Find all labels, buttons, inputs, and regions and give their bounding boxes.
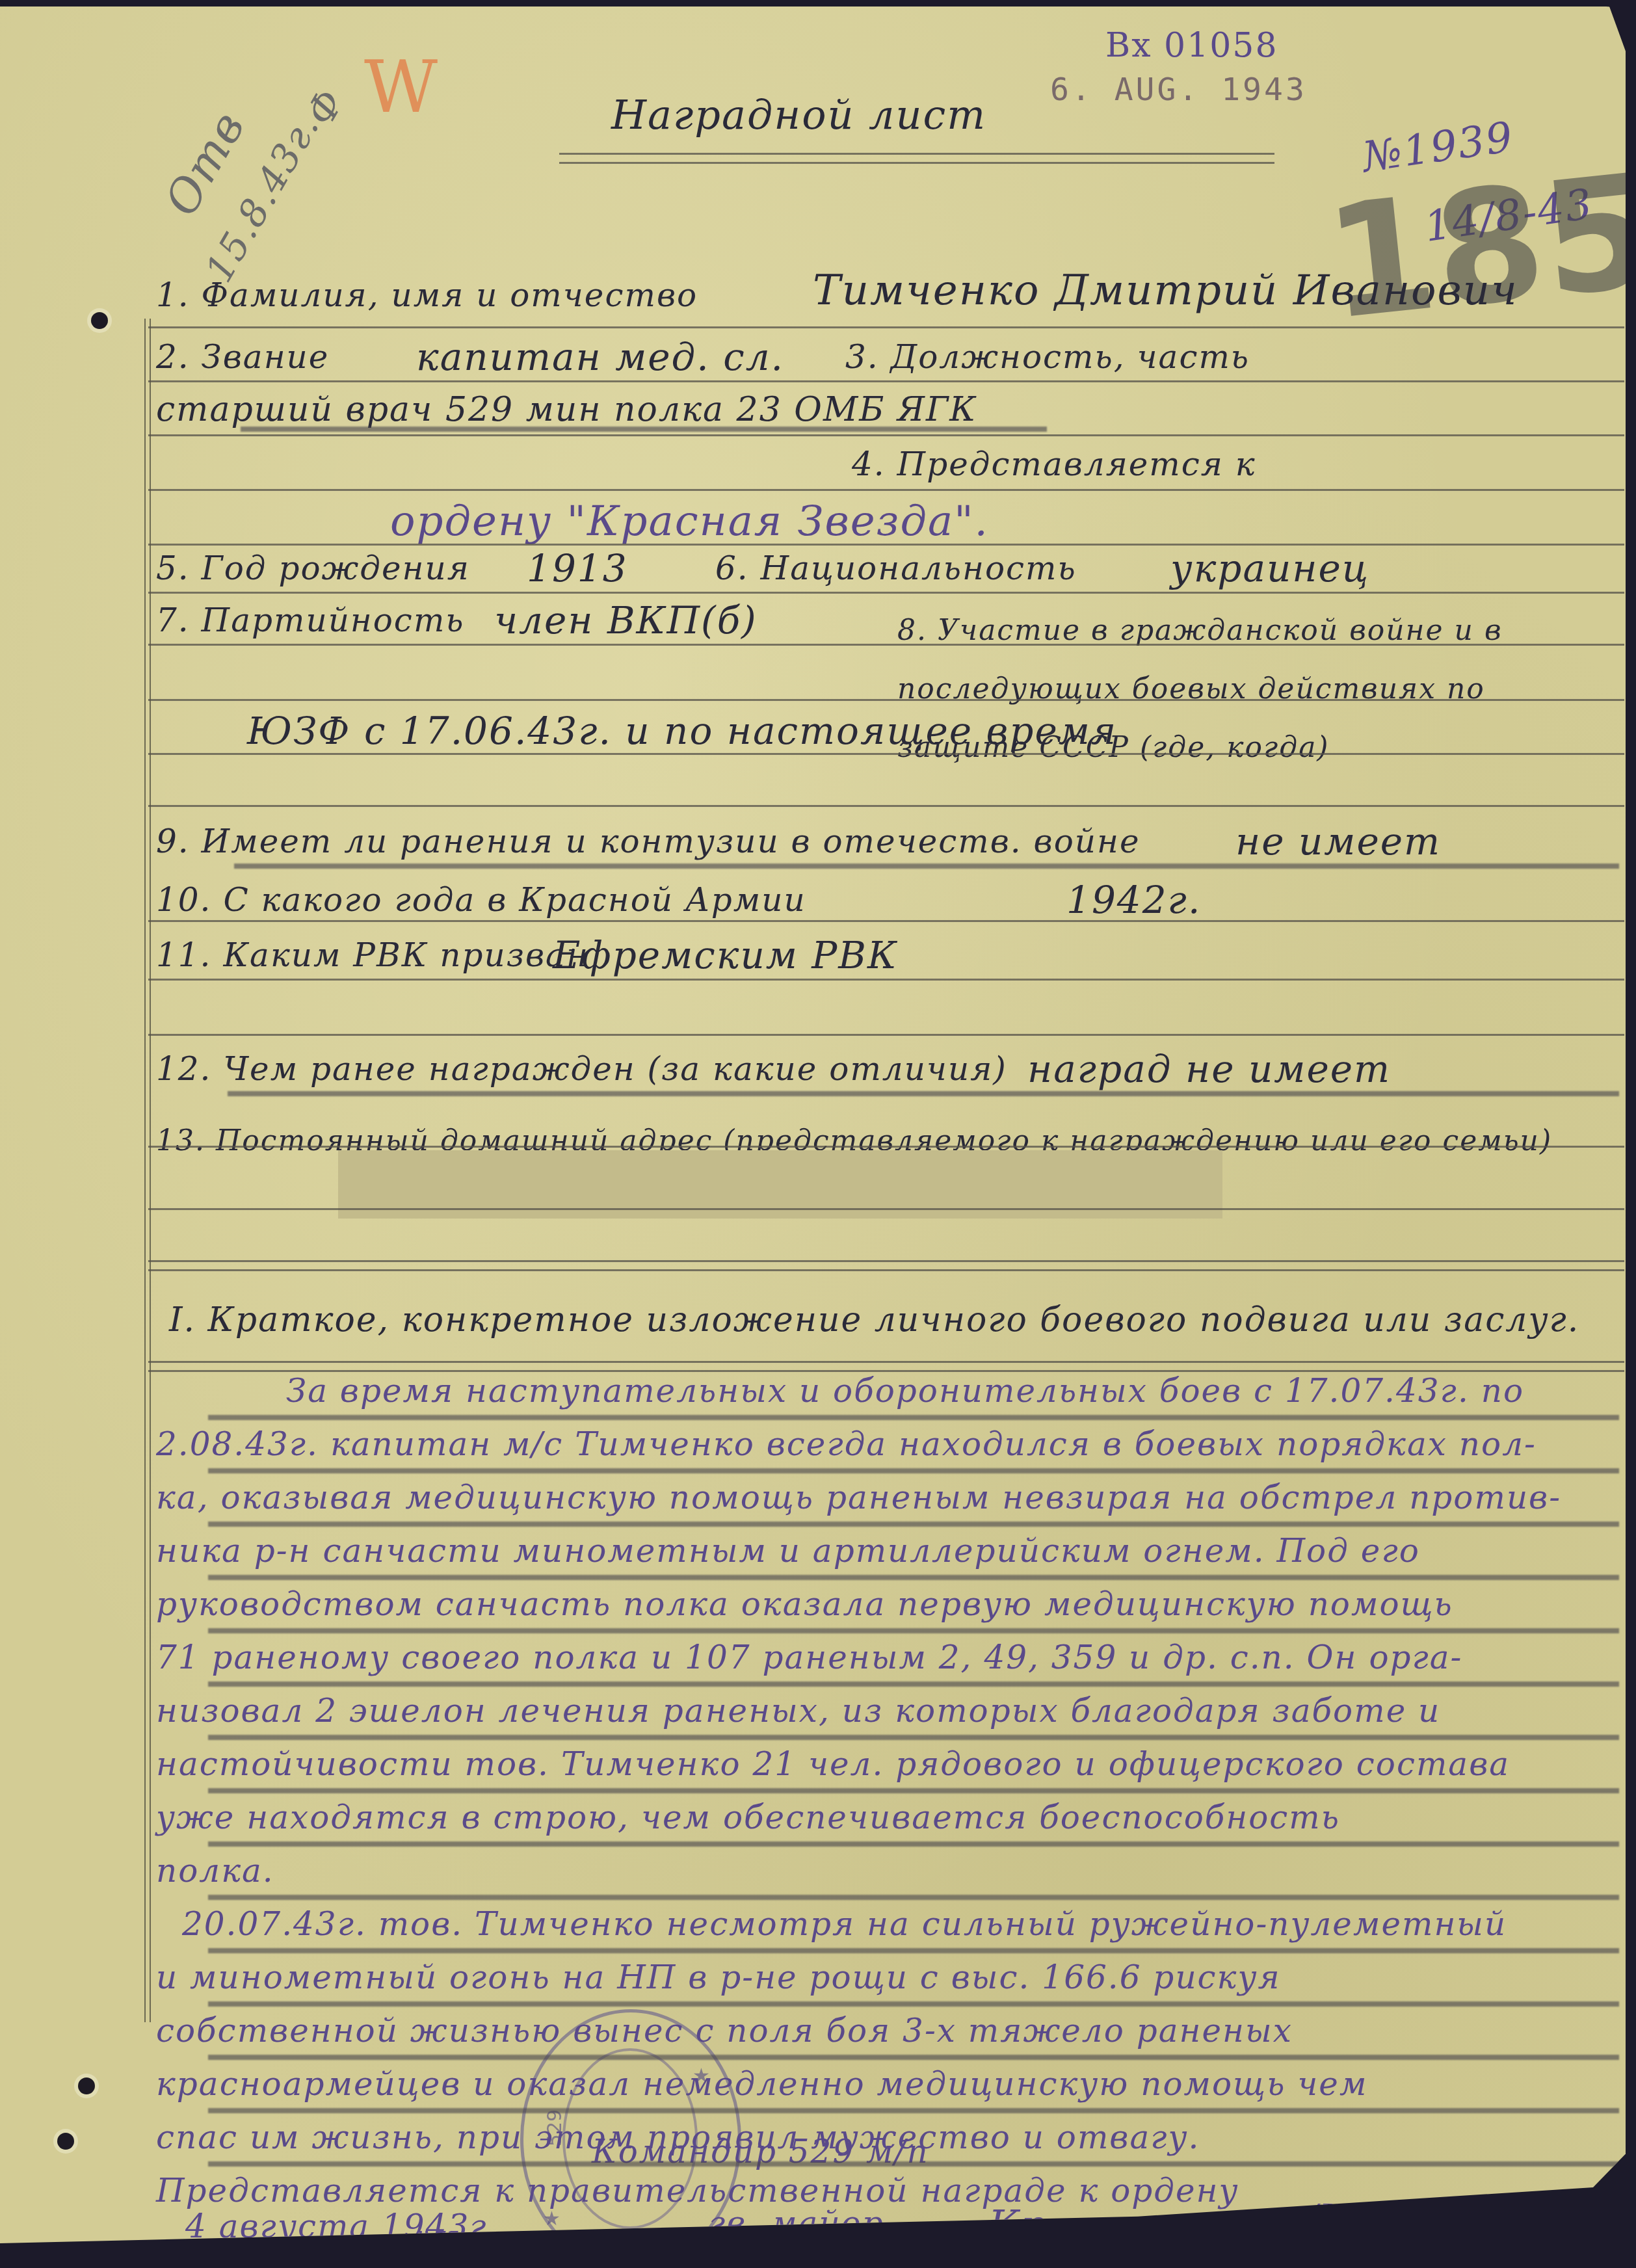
narrative-line: собственной жизнью вынес с поля боя 3-х … (156, 2012, 1293, 2050)
field-9-value: не имеет (1235, 819, 1441, 864)
narrative-line: За время наступательных и оборонительных… (286, 1372, 1524, 1410)
ruled-line (208, 1468, 1619, 1473)
ruled-line (148, 753, 1624, 755)
punch-hole (91, 312, 108, 329)
field-5-label: 5. Год рождения (156, 549, 470, 587)
field-4-label: 4. Представляется к (852, 445, 1256, 483)
field-3-label: 3. Должность, часть (845, 338, 1250, 376)
field-11-label: 11. Каким РВК призван (156, 936, 589, 974)
ruled-line (148, 979, 1624, 981)
ruled-line (208, 2161, 1619, 2167)
title-underline (559, 153, 1274, 155)
ruled-line (208, 1948, 1619, 1953)
ruled-line (148, 326, 1624, 328)
margin-rule (144, 319, 151, 2022)
section-one-heading: I. Краткое, конкретное изложение личного… (169, 1300, 1579, 1339)
ruled-line (208, 2108, 1619, 2113)
field-10-label: 10. С какого года в Красной Армии (156, 881, 806, 919)
underline-mark (228, 1091, 1619, 1096)
narrative-line: ка, оказывая медицинскую помощь раненым … (156, 1479, 1561, 1516)
narrative-line: "Красная Звезда". (416, 2225, 751, 2263)
field-5-value: 1913 (527, 546, 628, 590)
field-4-value: ордену "Красная Звезда". (390, 497, 989, 546)
narrative-line: 2.08.43г. капитан м/с Тимченко всегда на… (156, 1425, 1537, 1463)
narrative-line: ника р-н санчасти минометным и артиллери… (156, 1532, 1420, 1570)
narrative-line: спас им жизнь, при этом проявил мужество… (156, 2118, 1200, 2156)
ruled-line (148, 1208, 1624, 1210)
field-6-label: 6. Национальность (715, 549, 1077, 587)
ruled-line (208, 1522, 1619, 1527)
ruled-line (148, 1034, 1624, 1036)
field-9-label: 9. Имеет ли ранения и контузии в отечест… (156, 823, 1141, 860)
underline-mark (234, 864, 1619, 869)
ruled-line (208, 1415, 1619, 1420)
narrative-line: низовал 2 эшелон лечения раненых, из кот… (156, 1692, 1440, 1730)
field-2-value: капитан мед. сл. (416, 335, 784, 379)
ruled-line (148, 1146, 1624, 1148)
narrative-line: красноармейцев и оказал немедленно медиц… (156, 2065, 1367, 2103)
ruled-line (208, 2001, 1619, 2007)
award-sheet-page: Отв 15.8.43г. Ф W Наградной лист Вх 0105… (0, 7, 1626, 2243)
field-12-value: наград не имеет (1027, 1047, 1391, 1091)
narrative-line: 20.07.43г. тов. Тимченко несмотря на сил… (182, 1905, 1507, 1943)
field-8-value: ЮЗФ с 17.06.43г. и по настоящее время (247, 709, 1117, 753)
ruled-line (208, 1575, 1619, 1580)
section-divider (148, 1361, 1624, 1363)
signatory-name: /Крамской/ (1307, 2198, 1512, 2235)
field-1-value: Тимченко Дмитрий Иванович (813, 267, 1518, 315)
field-2-label: 2. Звание (156, 338, 329, 376)
punch-hole (57, 2133, 74, 2150)
field-11-value: Ефремским РВК (553, 933, 898, 977)
incoming-date-stamp: 6. AUG. 1943 (1050, 72, 1307, 108)
ruled-line (148, 805, 1624, 807)
field-12-label: 12. Чем ранее награжден (за какие отличи… (156, 1050, 1007, 1088)
ruled-line (148, 644, 1624, 646)
narrative-line: полка. (156, 1852, 274, 1890)
field-6-value: украинец (1170, 546, 1369, 590)
ruled-line (208, 1895, 1619, 1900)
position-line-2: гв. майор (709, 2204, 884, 2242)
ruled-line (148, 434, 1624, 436)
field-3-value: старший врач 529 мин полка 23 ОМБ ЯГК (156, 390, 977, 429)
ruled-line (208, 1681, 1619, 1687)
ruled-line (208, 2055, 1619, 2060)
seal-word: ПОЛК (595, 2234, 653, 2256)
narrative-line: уже находятся в строю, чем обеспечиваетс… (156, 1799, 1340, 1836)
field-7-label: 7. Партийность (156, 601, 465, 639)
narrative-line: и минометный огонь на НП в р-не рощи с в… (156, 1958, 1281, 1996)
document-title: Наградной лист (611, 91, 986, 138)
narrative-line: настойчивости тов. Тимченко 21 чел. рядо… (156, 1745, 1510, 1783)
big-pencil-number: 185 (1318, 140, 1636, 355)
narrative-line: 71 раненому своего полка и 107 раненым 2… (156, 1639, 1462, 1676)
ruled-line (148, 380, 1624, 382)
incoming-number: Вх 01058 (1105, 26, 1278, 65)
narrative-line: руководством санчасть полка оказала перв… (156, 1585, 1453, 1623)
ruled-line (148, 920, 1624, 922)
narrative-line: Представляется к правительственной награ… (156, 2172, 1239, 2209)
field-1-label: 1. Фамилия, имя и отчество (156, 276, 698, 314)
section-divider (148, 1260, 1624, 1262)
ruled-line (148, 489, 1624, 491)
ruled-line (208, 1841, 1619, 1847)
punch-hole (78, 2077, 95, 2094)
field-7-value: член ВКП(б) (494, 598, 758, 642)
orange-mark: W (364, 46, 439, 129)
ruled-line (208, 1628, 1619, 1633)
underline-mark (241, 427, 1047, 432)
ruled-line (148, 592, 1624, 594)
field-10-value: 1942г. (1066, 878, 1201, 922)
ruled-line (148, 544, 1624, 546)
ruled-line (208, 1788, 1619, 1793)
ruled-line (208, 1735, 1619, 1740)
ruled-line (148, 699, 1624, 701)
